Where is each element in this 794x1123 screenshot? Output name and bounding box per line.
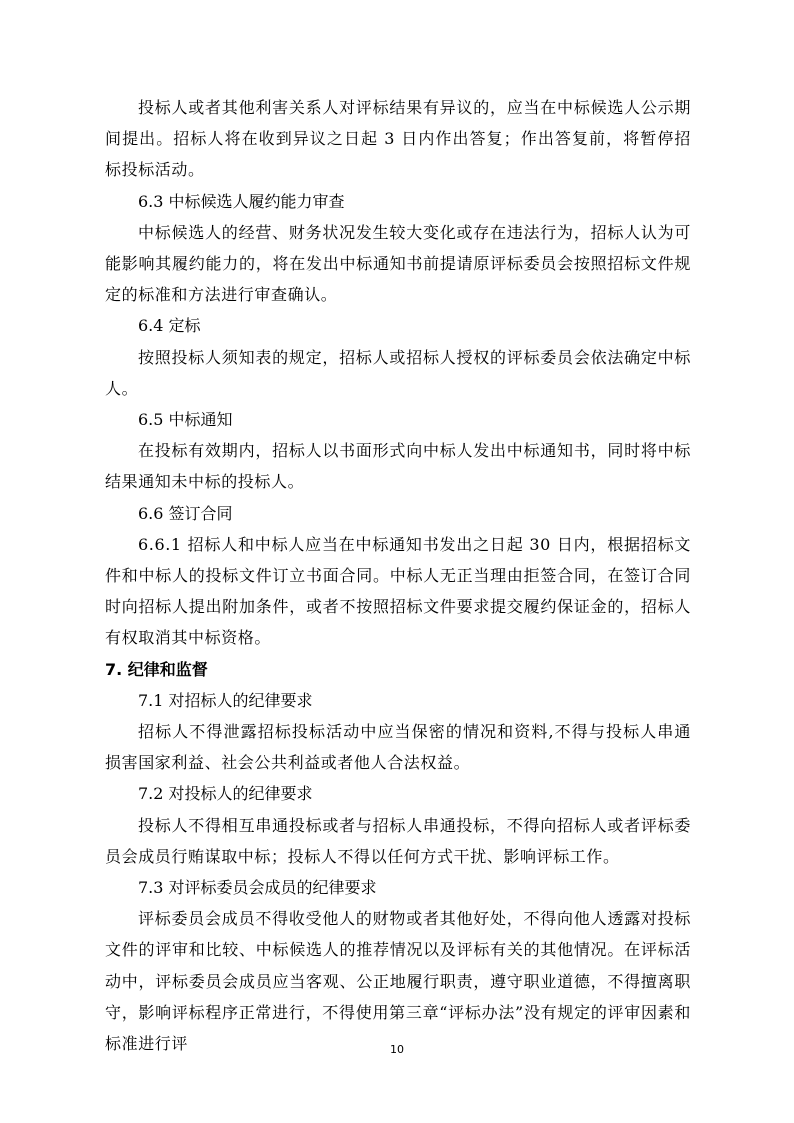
page-number: 10 [0, 1043, 794, 1056]
subheading-7-1: 7.1 对招标人的纪律要求 [105, 685, 691, 716]
subheading-6-6: 6.6 签订合同 [105, 498, 691, 529]
subheading-6-3: 6.3 中标候选人履约能力审查 [105, 186, 691, 217]
paragraph-objection: 投标人或者其他利害关系人对评标结果有异议的，应当在中标候选人公示期间提出。招标人… [105, 92, 691, 186]
section-heading-7: 7. 纪律和监督 [105, 654, 691, 685]
paragraph-7-1: 招标人不得泄露招标投标活动中应当保密的情况和资料,不得与投标人串通损害国家利益、… [105, 716, 691, 778]
paragraph-7-2: 投标人不得相互串通投标或者与招标人串通投标，不得向招标人或者评标委员会成员行贿谋… [105, 810, 691, 872]
paragraph-6-3: 中标候选人的经营、财务状况发生较大变化或存在违法行为，招标人认为可能影响其履约能… [105, 217, 691, 311]
paragraph-7-3: 评标委员会成员不得收受他人的财物或者其他好处，不得向他人透露对投标文件的评审和比… [105, 903, 691, 1059]
subheading-7-3: 7.3 对评标委员会成员的纪律要求 [105, 872, 691, 903]
subheading-6-5: 6.5 中标通知 [105, 404, 691, 435]
paragraph-6-4: 按照投标人须知表的规定，招标人或招标人授权的评标委员会依法确定中标人。 [105, 342, 691, 404]
paragraph-6-5: 在投标有效期内，招标人以书面形式向中标人发出中标通知书，同时将中标结果通知未中标… [105, 435, 691, 497]
document-body: 投标人或者其他利害关系人对评标结果有异议的，应当在中标候选人公示期间提出。招标人… [105, 92, 691, 1059]
subheading-6-4: 6.4 定标 [105, 310, 691, 341]
subheading-7-2: 7.2 对投标人的纪律要求 [105, 778, 691, 809]
paragraph-6-6-1: 6.6.1 招标人和中标人应当在中标通知书发出之日起 30 日内，根据招标文件和… [105, 529, 691, 654]
